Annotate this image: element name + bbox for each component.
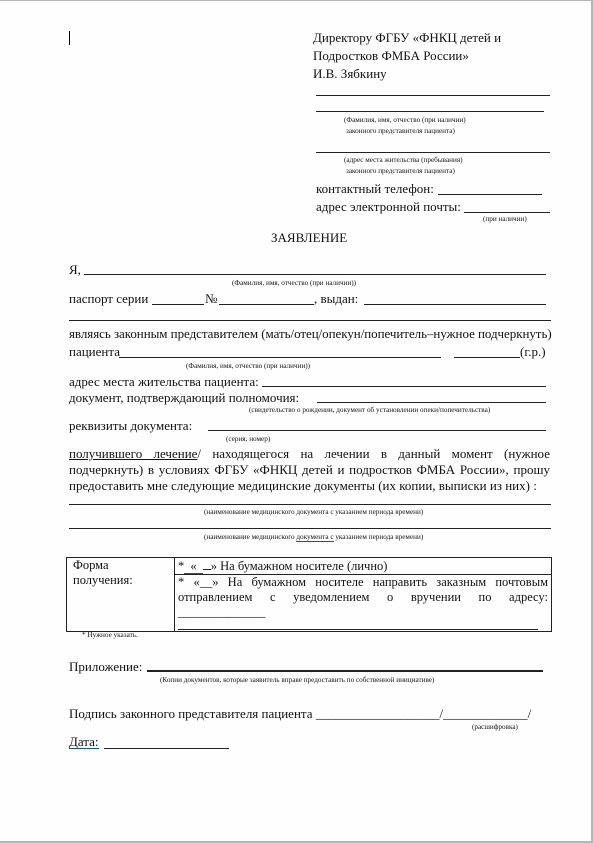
authority-doc-hint: (свидетельство о рождении, документ об у… <box>249 406 490 415</box>
date-field[interactable] <box>104 748 229 749</box>
med-doc-field-1[interactable] <box>69 504 551 505</box>
appendix-hint: (Копии документов, которые заявитель впр… <box>160 676 434 685</box>
dob-label: (г.р.) <box>520 344 546 359</box>
addressee-line-2: Подростков ФМБА России» <box>313 48 469 63</box>
delivery-form-table: Форма получения: * « » На бумажном носит… <box>66 557 552 632</box>
addressee-line-3: И.В. Зябкину <box>313 66 387 81</box>
hint-fio-2: законного представителя пациента) <box>346 127 455 136</box>
treatment-line-1: получившего лечение/ находящегося на леч… <box>69 446 550 462</box>
email-field[interactable] <box>464 212 550 213</box>
med-doc-field-2[interactable] <box>69 528 551 529</box>
i-label: Я, <box>69 262 81 277</box>
passport-issued-field[interactable] <box>364 304 546 305</box>
patient-fio-hint: (Фамилия, имя, отчество (при наличии)) <box>186 362 310 371</box>
option1-text: » На бумажном носителе (лично) <box>211 559 388 573</box>
delivery-option-mail[interactable]: * «__» На бумажном носителе направить за… <box>175 575 552 632</box>
authority-doc-label: документ, подтверждающий полномочия: <box>69 390 299 405</box>
patient-fio-field[interactable] <box>119 357 441 358</box>
option2-text: * «__» На бумажном носителе направить за… <box>178 575 548 620</box>
med-doc-hint-2-post: указанием периода времени) <box>334 533 424 541</box>
delivery-footnote: * Нужное указать. <box>82 631 138 640</box>
document-title: ЗАЯВЛЕНИЕ <box>271 230 347 245</box>
doc-details-label: реквизиты документа: <box>69 418 192 433</box>
passport-number-field[interactable] <box>219 304 314 305</box>
appendix-field[interactable] <box>147 670 543 672</box>
appendix-label: Приложение: <box>69 659 142 674</box>
doc-details-field[interactable] <box>208 430 546 431</box>
passport-issued-label: , выдан: <box>314 291 358 306</box>
passport-series-label: паспорт серии <box>69 291 148 306</box>
treatment-line-2: подчеркнуть) в условиях ФГБУ «ФНКЦ детей… <box>69 462 550 478</box>
applicant-fio-field[interactable] <box>84 274 546 275</box>
signature-field[interactable]: ___________________/_____________/ <box>316 706 531 721</box>
treatment-line-3: предоставить мне следующие медицинские д… <box>69 478 550 494</box>
representative-fio-field-2[interactable] <box>316 111 544 112</box>
hint-fio-1: (Фамилия, имя, отчество (при наличии) <box>344 116 466 125</box>
signature-hint: (расшифровка) <box>472 723 518 732</box>
representative-fio-field-1[interactable] <box>316 95 550 96</box>
mail-address-field[interactable] <box>178 620 538 630</box>
phone-label: контактный телефон: <box>316 181 434 196</box>
hint-address-2: законного представителя пациента) <box>346 167 455 176</box>
doc-details-hint: (серия, номер) <box>226 435 270 444</box>
passport-issued-field-2[interactable] <box>69 320 551 321</box>
delivery-label: Форма получения: <box>67 558 175 632</box>
option1-blank[interactable] <box>203 558 211 570</box>
text-cursor <box>69 31 70 45</box>
authority-doc-field[interactable] <box>317 402 546 403</box>
med-doc-hint-2: (наименование медицинского документа с у… <box>204 533 423 542</box>
med-doc-hint-2-link: документа с <box>296 533 333 542</box>
med-doc-hint-2-pre: (наименование медицинского <box>204 533 296 541</box>
date-label: Дата: <box>69 735 99 749</box>
applicant-fio-hint: (Фамилия, имя, отчество (при наличии)) <box>232 279 356 288</box>
email-label: адрес электронной почты: <box>316 199 461 214</box>
patient-address-label: адрес места жительства пациента: <box>69 374 259 389</box>
phone-field[interactable] <box>438 194 542 195</box>
representative-text: являясь законным представителем (мать/от… <box>69 326 552 341</box>
passport-series-field[interactable] <box>152 304 204 305</box>
email-hint: (при наличии) <box>483 215 527 224</box>
representative-address-field[interactable] <box>316 152 550 153</box>
option1-mark[interactable]: « <box>184 559 203 574</box>
med-doc-hint-1: (наименование медицинского документа с у… <box>204 508 423 517</box>
passport-number-label: № <box>205 291 217 306</box>
treatment-line-1-rest: / находящегося на лечении в данный момен… <box>197 446 550 461</box>
patient-label: пациента <box>69 344 120 359</box>
hint-address-1: (адрес места жительства (пребывания) <box>344 156 463 165</box>
treatment-underlined: получившего лечение <box>69 446 197 461</box>
patient-address-field[interactable] <box>262 386 546 387</box>
addressee-line-1: Директору ФГБУ «ФНКЦ детей и <box>313 30 501 45</box>
patient-dob-field[interactable] <box>454 357 520 358</box>
delivery-option-personal[interactable]: * « » На бумажном носителе (лично) <box>175 558 552 575</box>
signature-label: Подпись законного представителя пациента <box>69 706 313 721</box>
